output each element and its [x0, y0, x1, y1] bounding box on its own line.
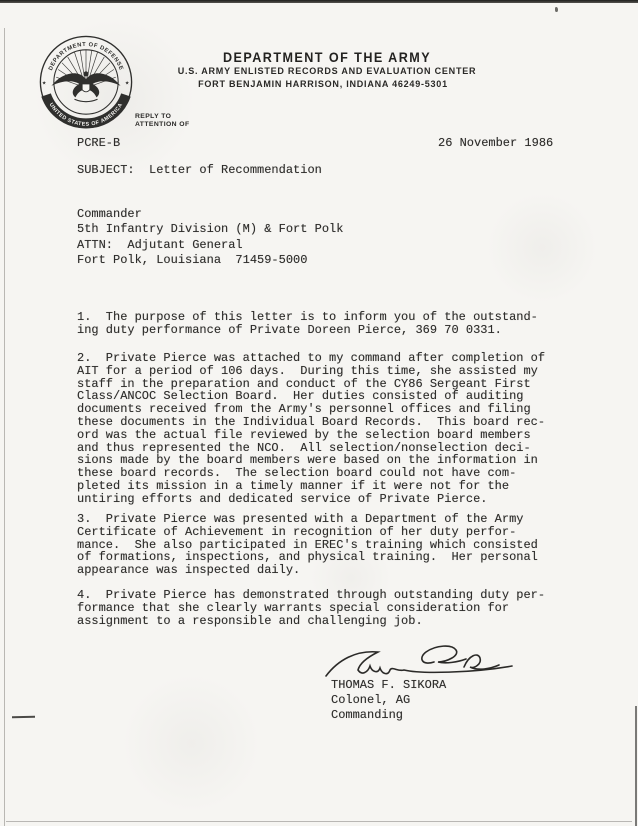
body-paragraph-1: 1. The purpose of this letter is to info…	[77, 311, 538, 337]
dod-seal-icon: DEPARTMENT OF DEFENSE UNITED STATES OF A…	[38, 34, 134, 130]
body-paragraph-3: 3. Private Pierce was presented with a D…	[77, 513, 538, 577]
signer-rank: Colonel, AG	[331, 693, 410, 707]
scan-edge-right	[635, 706, 637, 826]
letterhead-address: FORT BENJAMIN HARRISON, INDIANA 46249-53…	[198, 79, 448, 90]
subject-line: SUBJECT: Letter of Recommendation	[77, 163, 322, 178]
scan-edge-left	[4, 28, 5, 826]
signer-title: Commanding	[331, 708, 403, 722]
signer-name: THOMAS F. SIKORA	[331, 678, 446, 692]
letterhead-subtitle: U.S. ARMY ENLISTED RECORDS AND EVALUATIO…	[178, 66, 477, 77]
letter-date: 26 November 1986	[438, 136, 553, 151]
seal-right-star-icon: ★	[125, 80, 130, 86]
office-symbol: PCRE-B	[77, 136, 120, 151]
letterhead-title: DEPARTMENT OF THE ARMY	[223, 49, 431, 65]
scanned-letter-page: DEPARTMENT OF DEFENSE UNITED STATES OF A…	[0, 0, 638, 826]
eagle-icon	[51, 71, 120, 101]
body-paragraph-4: 4. Private Pierce has demonstrated throu…	[77, 589, 545, 627]
seal-bottom-band	[46, 95, 126, 123]
seal-left-star-icon: ★	[42, 80, 47, 86]
recipient-address-block: Commander 5th Infantry Division (M) & Fo…	[77, 207, 343, 269]
svg-text:UNITED STATES OF AMERICA: UNITED STATES OF AMERICA	[48, 102, 125, 128]
reply-to-attention-label: REPLY TO ATTENTION OF	[135, 113, 190, 128]
scan-edge-top	[0, 0, 638, 3]
scan-speck	[555, 7, 558, 12]
margin-dash-mark	[12, 716, 35, 718]
body-paragraph-2: 2. Private Pierce was attached to my com…	[77, 352, 545, 506]
signature-block: THOMAS F. SIKORA Colonel, AG Commanding	[331, 678, 446, 723]
seal-bottom-text: UNITED STATES OF AMERICA	[48, 102, 125, 128]
scan-edge-bottom	[6, 821, 632, 822]
